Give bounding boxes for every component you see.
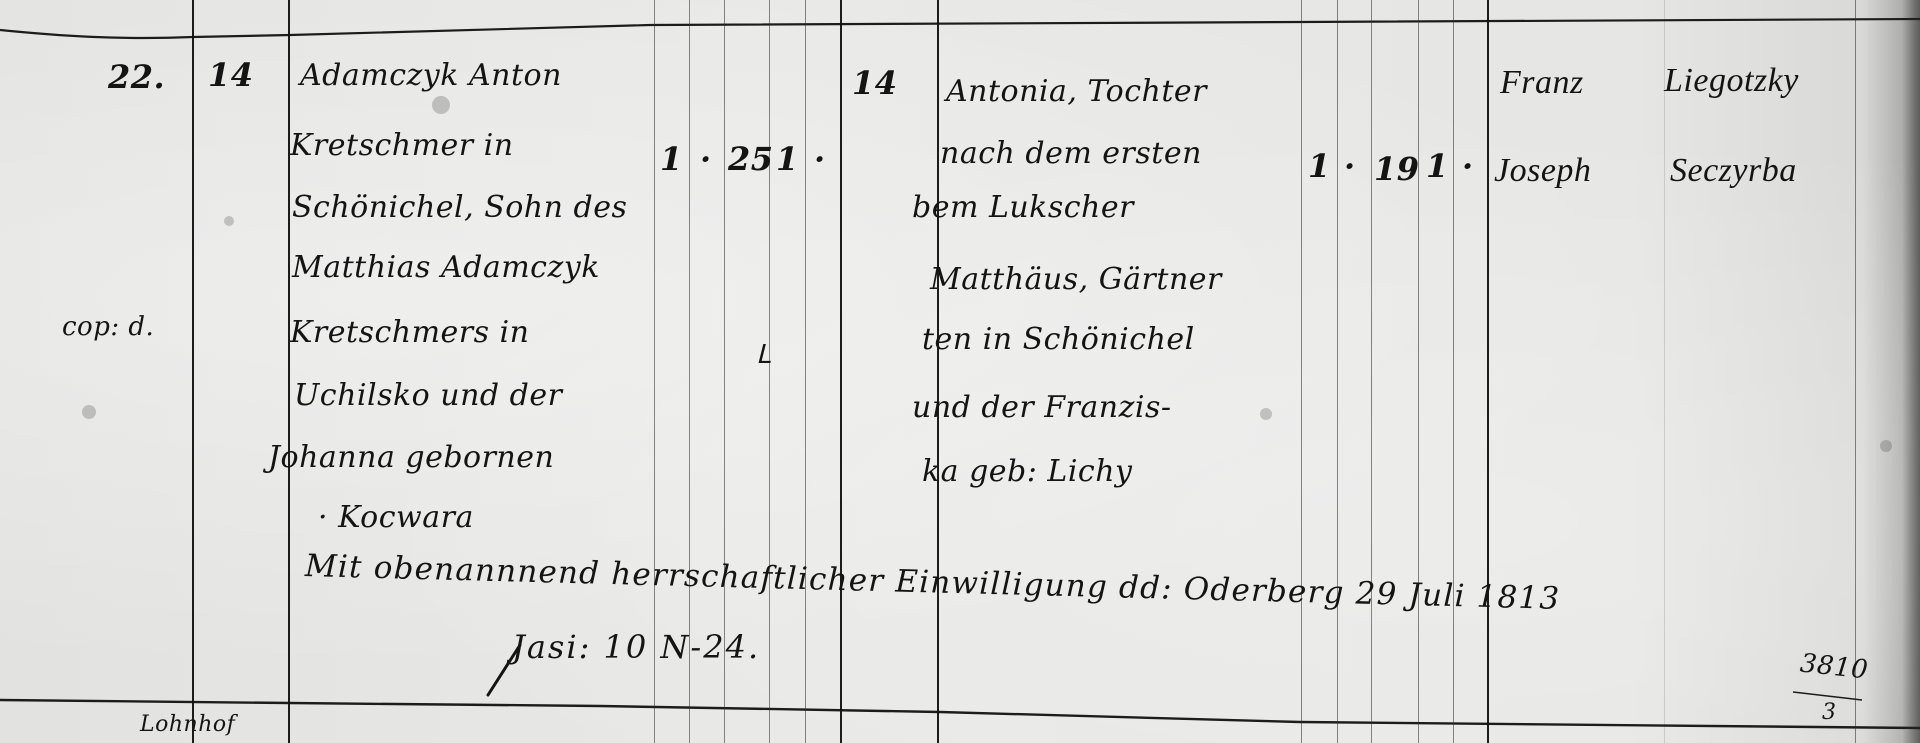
witness-2-surname: Seczyrba bbox=[1670, 152, 1797, 190]
groom-line: · Kocwara bbox=[318, 500, 474, 535]
dispensation-note: Jasi: 10 N-24. bbox=[512, 628, 760, 666]
witness-2-first-name: Joseph bbox=[1494, 152, 1591, 190]
groom-line: Kretschmers in bbox=[290, 315, 529, 350]
bride-line: nach dem ersten bbox=[940, 136, 1202, 171]
column-divider bbox=[937, 0, 939, 743]
bride-age-digit: 19 bbox=[1374, 150, 1420, 188]
entry-number: 22. bbox=[108, 58, 165, 96]
groom-line: Uchilsko und der bbox=[294, 378, 562, 413]
column-divider bbox=[769, 0, 770, 743]
groom-line: Adamczyk Anton bbox=[300, 58, 562, 93]
consent-note: Mit obenannnend herrschaftlicher Einwill… bbox=[305, 548, 1561, 617]
groom-house-number: 14 bbox=[208, 56, 254, 94]
bride-age-digit: · bbox=[1344, 147, 1356, 185]
paper-stain bbox=[432, 96, 450, 114]
column-divider bbox=[1418, 0, 1419, 743]
groom-line: Schönichel, Sohn des bbox=[292, 190, 627, 225]
column-divider bbox=[805, 0, 806, 743]
column-divider bbox=[1664, 0, 1665, 743]
paper-stain bbox=[1880, 440, 1892, 452]
witness-1-surname: Liegotzky bbox=[1664, 62, 1799, 100]
bride-line: ka geb: Lichy bbox=[922, 454, 1133, 489]
bride-house-number: 14 bbox=[852, 64, 898, 102]
column-divider bbox=[1301, 0, 1302, 743]
bride-line: bem Lukscher bbox=[912, 190, 1134, 225]
groom-age-digit: · bbox=[700, 140, 712, 178]
consent-reference: 3810 bbox=[1799, 649, 1870, 686]
bride-line: und der Franzis- bbox=[912, 390, 1172, 425]
bride-age-digit: 1 bbox=[1308, 147, 1331, 185]
page-edge-shadow bbox=[1902, 0, 1920, 743]
bride-age-digit: · bbox=[1462, 147, 1474, 185]
margin-note: cop: d. bbox=[62, 312, 154, 342]
groom-age-digit: 1 bbox=[776, 140, 799, 178]
groom-line: Kretschmer in bbox=[290, 128, 514, 163]
groom-age-digit: 25 bbox=[728, 140, 774, 178]
column-divider bbox=[1453, 0, 1454, 743]
paper-stain bbox=[82, 405, 96, 419]
register-page: 22. 14 14 Adamczyk Anton Kretschmer in S… bbox=[0, 0, 1920, 743]
groom-age-digit: · bbox=[814, 140, 826, 178]
column-divider bbox=[1855, 0, 1856, 743]
bride-line: Antonia, Tochter bbox=[946, 74, 1207, 109]
witness-1-first-name: Franz bbox=[1500, 64, 1584, 102]
paper-stain bbox=[1260, 408, 1272, 420]
bride-line: Matthäus, Gärtner bbox=[930, 262, 1222, 297]
consent-reference-denominator: 3 bbox=[1822, 700, 1837, 725]
next-entry-fragment: Lohnhof bbox=[140, 712, 235, 737]
column-divider bbox=[840, 0, 842, 743]
column-divider bbox=[192, 0, 194, 743]
column-divider bbox=[1337, 0, 1338, 743]
column-divider bbox=[1371, 0, 1372, 743]
groom-mark: ᒪ bbox=[756, 340, 771, 370]
groom-line: Johanna gebornen bbox=[268, 440, 554, 475]
paper-stain bbox=[224, 216, 234, 226]
groom-line: Matthias Adamczyk bbox=[292, 250, 600, 285]
groom-age-digit: 1 bbox=[660, 140, 683, 178]
bride-age-digit: 1 bbox=[1426, 147, 1449, 185]
bride-line: ten in Schönichel bbox=[922, 322, 1195, 357]
column-divider bbox=[1487, 0, 1489, 743]
column-divider bbox=[288, 0, 290, 743]
